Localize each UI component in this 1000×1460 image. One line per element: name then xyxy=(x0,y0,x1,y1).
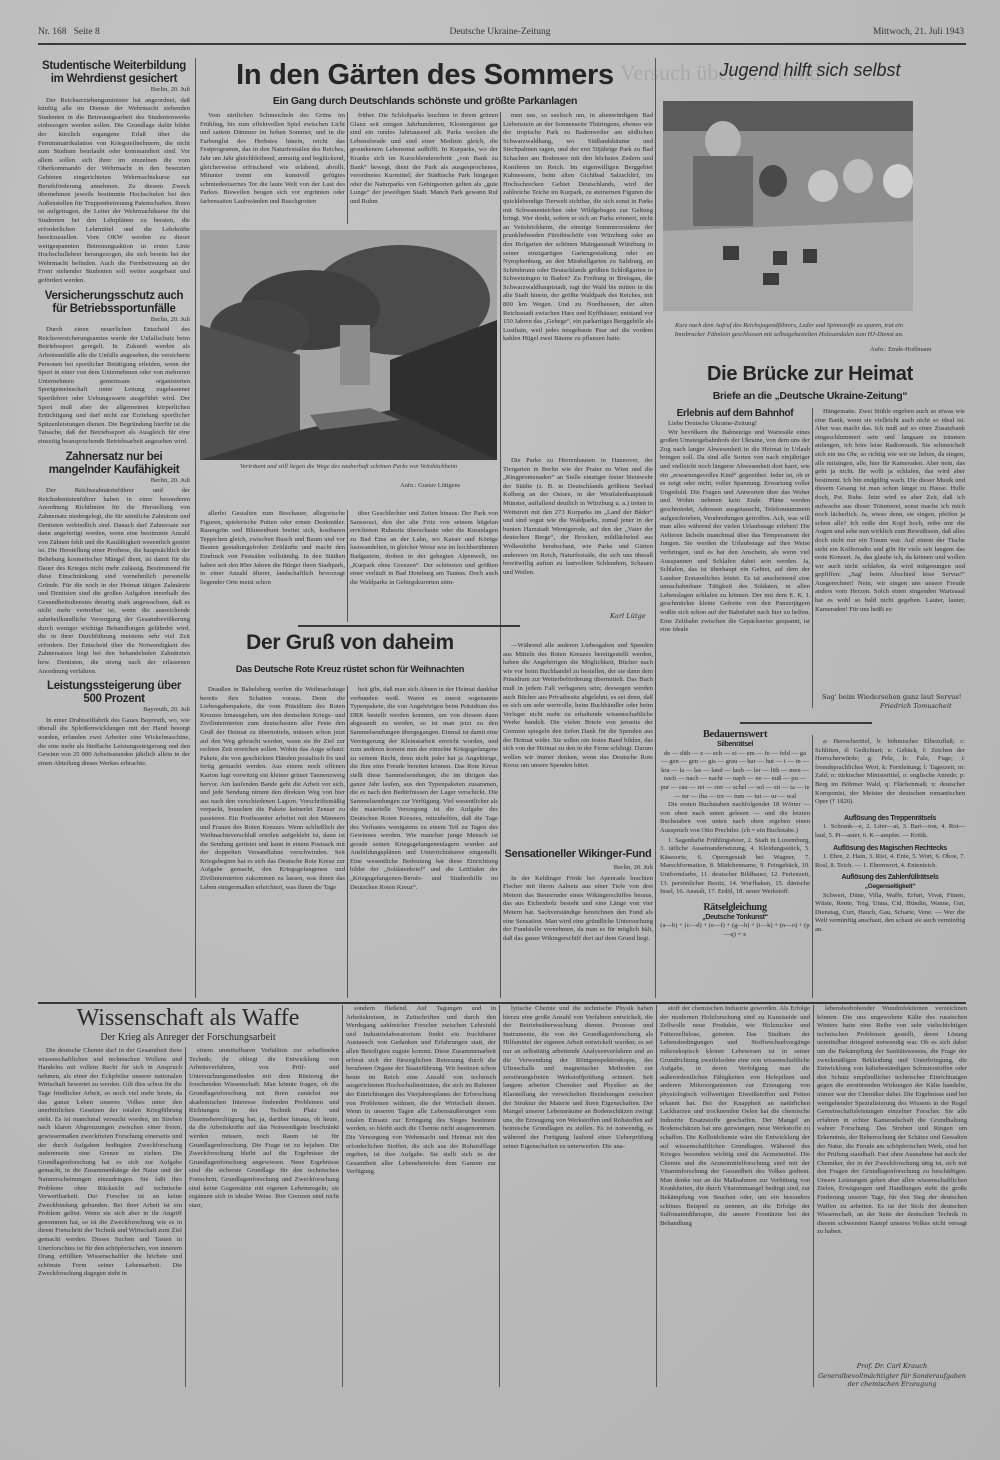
subheadline-bridge: Briefe an die „Deutsche Ukraine-Zeitung“ xyxy=(660,390,960,402)
issue-date: Mittwoch, 21. Juli 1943 xyxy=(873,27,964,37)
column-divider xyxy=(347,112,348,224)
paper-name: Deutsche Ukraine-Zeitung xyxy=(0,27,1000,37)
headline-red-cross: Der Gruß von daheim xyxy=(200,630,500,656)
science-author-title: Generalbevollmächtigter für Sonderaufgab… xyxy=(817,1372,967,1388)
article-body: In einer Drahtseilfabrik des Gaues Bayre… xyxy=(38,717,190,769)
salutation: Liebe Deutsche Ukraine-Zeitung! xyxy=(660,420,810,429)
masthead-rule xyxy=(38,43,966,45)
science-col5: stoff der chemischen Industrie geworden.… xyxy=(660,1005,810,1387)
article-body: men uns, so seelisch um, in altenwürdige… xyxy=(503,112,653,344)
solution-title: Auflösung des Magischen Rechtecks xyxy=(815,845,965,854)
park-photo-credit: Aufn.: Gustav Lüttgens xyxy=(400,482,460,489)
section-title: Erlebnis auf dem Bahnhof xyxy=(660,408,810,420)
column-divider xyxy=(347,510,348,622)
headline-garden: In den Gärten des Sommers xyxy=(200,58,650,92)
puzzle-instructions: Die ersten Buchstaben nachfolgender 18 W… xyxy=(660,801,810,835)
solution-text: Schwert, Düne, Villa, Waffe, Erfurt, Viv… xyxy=(815,892,965,935)
garden-col3: men uns, so seelisch um, in altenwürdige… xyxy=(503,112,653,457)
garden-col1-bottom: allerlei Gestalten zum Beschauer, allego… xyxy=(200,510,345,622)
column-divider xyxy=(813,1005,814,1387)
article-body: Die Parke zu Herrenhausen in Hannover, d… xyxy=(503,457,653,577)
puzzle-title: Bedauernswert xyxy=(660,728,810,741)
headline-science: Wissenschaft als Waffe xyxy=(38,1004,338,1032)
dateline: Berlin, 20. Juli xyxy=(38,477,190,486)
article-body: Der Reichszahnärzteführer und der Reichs… xyxy=(38,487,190,676)
science-col1: Die deutsche Chemie darf in der Gesamthe… xyxy=(38,1047,182,1387)
left-news-column: Studentische Weiterbildung im Wehrdienst… xyxy=(38,60,190,995)
section-rule xyxy=(740,722,872,724)
column-divider xyxy=(195,58,196,998)
article-body: —Während alle anderen Liebesgaben und Sp… xyxy=(503,642,653,771)
red-cross-col1: Draußen in Babelsberg werfen die Weihnac… xyxy=(200,686,345,998)
equation-key: a: Herrschertitel, b: böhmischer Elbezuf… xyxy=(815,738,965,807)
column-divider xyxy=(347,686,348,998)
column-divider xyxy=(342,1005,343,1387)
subheadline-red-cross: Das Deutsche Rote Kreuz rüstet schon für… xyxy=(200,664,500,674)
red-cross-col3: —Während alle anderen Liebesgaben und Sp… xyxy=(503,642,653,837)
article-body: Der Reichserziehungsminister hat angeord… xyxy=(38,97,190,286)
newspaper-page: Nr. 168 Seite 8 Deutsche Ukraine-Zeitung… xyxy=(0,0,1000,1460)
column-divider xyxy=(500,112,501,657)
article-title: Versicherungsschutz auch für Betriebsspo… xyxy=(38,290,190,316)
garden-col3-bottom: Die Parke zu Herrenhausen in Hannover, d… xyxy=(503,457,653,622)
article-body: stoff der chemischen Industrie geworden.… xyxy=(660,1005,810,1228)
article-title: Leistungssteigerung über 500 Prozent xyxy=(38,680,190,706)
article-body: Durch einen neuerlichen Entscheid des Re… xyxy=(38,326,190,446)
science-col3: sondern fließend. Auf Tagungen und in Ar… xyxy=(346,1005,496,1387)
column-divider xyxy=(500,640,501,998)
solution-subtitle: „Gegenseitigkeit“ xyxy=(815,883,965,892)
puzzle-clues: 1. Sagenhafte Frühlingsfeier, 2. Stadt i… xyxy=(660,837,810,897)
youth-photo-caption: Kurz nach dem Aufruf des Reichsjugendfüh… xyxy=(660,322,918,339)
equation: (a—b) + (c—d) + (e—f) + (g—h) + (i—k) + … xyxy=(660,922,810,939)
article-body: über Geschlechter und Zeiten hinaus: Der… xyxy=(350,510,498,587)
science-col6: lebensbedrohender Wundinfektionen verzei… xyxy=(817,1005,967,1357)
section-rule xyxy=(298,625,520,627)
headline-viking: Sensationeller Wikinger-Fund xyxy=(503,848,653,860)
headline-bridge: Die Brücke zur Heimat xyxy=(660,362,960,386)
article-title: Zahnersatz nur bei mangelnder Kaufähigke… xyxy=(38,451,190,477)
solution-title: Auflösung des Treppenrätsels xyxy=(815,815,965,824)
article-body: Die deutsche Chemie darf in der Gesamthe… xyxy=(38,1047,182,1279)
dateline: Berlin, 20. Juli xyxy=(38,316,190,325)
science-col2: einem unmittelbaren Verhältnis zur schaf… xyxy=(189,1047,339,1387)
article-body: früher. Die Schloßparks leuchten in ihre… xyxy=(350,112,498,207)
science-author: Prof. Dr. Carl Krauch xyxy=(817,1362,967,1370)
viking-article: Berlin, 20. Juli In der Keldinger Förde … xyxy=(503,864,653,998)
article-body: Draußen in Babelsberg werfen die Weihnac… xyxy=(200,686,345,892)
park-photo xyxy=(200,230,497,460)
youth-photo-credit: Aufn.: Emde-Hoffmann xyxy=(870,346,931,353)
column-divider xyxy=(185,1047,186,1387)
bridge-author: Friedrich Tomuscheit xyxy=(880,702,952,710)
headline-youth: Jugend hilft sich selbst xyxy=(660,60,960,81)
dateline: Berlin, 20. Juli xyxy=(503,864,653,873)
bridge-closing: Sag' beim Wiedersehen ganz laut Servus! xyxy=(822,693,961,701)
puzzle-subtitle: Silbenrätsel xyxy=(660,741,810,750)
puzzle-solutions: a: Herrschertitel, b: böhmischer Elbezuf… xyxy=(815,738,965,1000)
equation-subtitle: „Deutsche Tonkunst“ xyxy=(660,914,810,923)
column-divider xyxy=(656,1005,657,1387)
article-body: Wir bevölkern die Bahnsteige und Wartesä… xyxy=(660,429,810,635)
red-cross-col2: heit gibt, daß man sich Ahnen in der Hei… xyxy=(350,686,498,998)
article-body: In der Keldinger Förde bei Apenrade brac… xyxy=(503,875,653,944)
article-body: lytische Chemie und die technische Physi… xyxy=(503,1005,653,1151)
puzzle-column: Bedauernswert Silbenrätsel de — dith — e… xyxy=(660,728,810,1003)
article-body: heit gibt, daß man sich Ahnen in der Hei… xyxy=(350,686,498,892)
article-body: einem unmittelbaren Verhältnis zur schaf… xyxy=(189,1047,339,1210)
park-photo-caption: Verträumt und still liegen die Wege des … xyxy=(200,463,497,472)
garden-col2-top: früher. Die Schloßparks leuchten in ihre… xyxy=(350,112,498,224)
column-divider xyxy=(812,735,813,998)
dateline: Bayreuth, 20. Juli xyxy=(38,706,190,715)
youth-workshop-illustration xyxy=(663,101,913,311)
youth-photo xyxy=(663,101,913,311)
article-body: Vom zärtlichen Schmeicheln des Grüns im … xyxy=(200,112,345,207)
column-divider xyxy=(499,1005,500,1387)
puzzle-syllables: de — dith — e — ech — ei — em — fe — fel… xyxy=(660,750,810,802)
article-body: Hängematte. Zwei Stühle ergeben auch so … xyxy=(815,408,965,614)
garden-col2-bottom: über Geschlechter und Zeiten hinaus: Der… xyxy=(350,510,498,622)
science-col4: lytische Chemie und die technische Physi… xyxy=(503,1005,653,1387)
solution-title: Auflösung des Zahlenfüllrätsels xyxy=(815,874,965,883)
bridge-col2: Hängematte. Zwei Stühle ergeben auch so … xyxy=(815,408,965,690)
subheadline-garden: Ein Gang durch Deutschlands schönste und… xyxy=(200,95,650,107)
article-body: sondern fließend. Auf Tagungen und in Ar… xyxy=(346,1005,496,1177)
garden-author: Karl Lütge xyxy=(610,612,646,620)
equation-title: Rätselgleichung xyxy=(660,901,810,914)
solution-text: 1. Ehre, 2. Hain, 3. Rist, 4. Ente, 5. W… xyxy=(815,853,965,870)
article-body: allerlei Gestalten zum Beschauer, allego… xyxy=(200,510,345,587)
column-divider xyxy=(655,58,656,998)
article-title: Studentische Weiterbildung im Wehrdienst… xyxy=(38,60,190,86)
bridge-col1: Erlebnis auf dem Bahnhof Liebe Deutsche … xyxy=(660,408,810,708)
solution-text: 1. Schrank—e, 2. Liter—at, 3. Bari—ton, … xyxy=(815,823,965,840)
garden-col1-top: Vom zärtlichen Schmeicheln des Grüns im … xyxy=(200,112,345,224)
park-hedge-illustration xyxy=(200,230,497,460)
subheadline-science: Der Krieg als Anreger der Forschungsarbe… xyxy=(38,1032,338,1043)
column-divider xyxy=(812,408,813,708)
dateline: Berlin, 20. Juli xyxy=(38,86,190,95)
article-body: lebensbedrohender Wundinfektionen verzei… xyxy=(817,1005,967,1237)
